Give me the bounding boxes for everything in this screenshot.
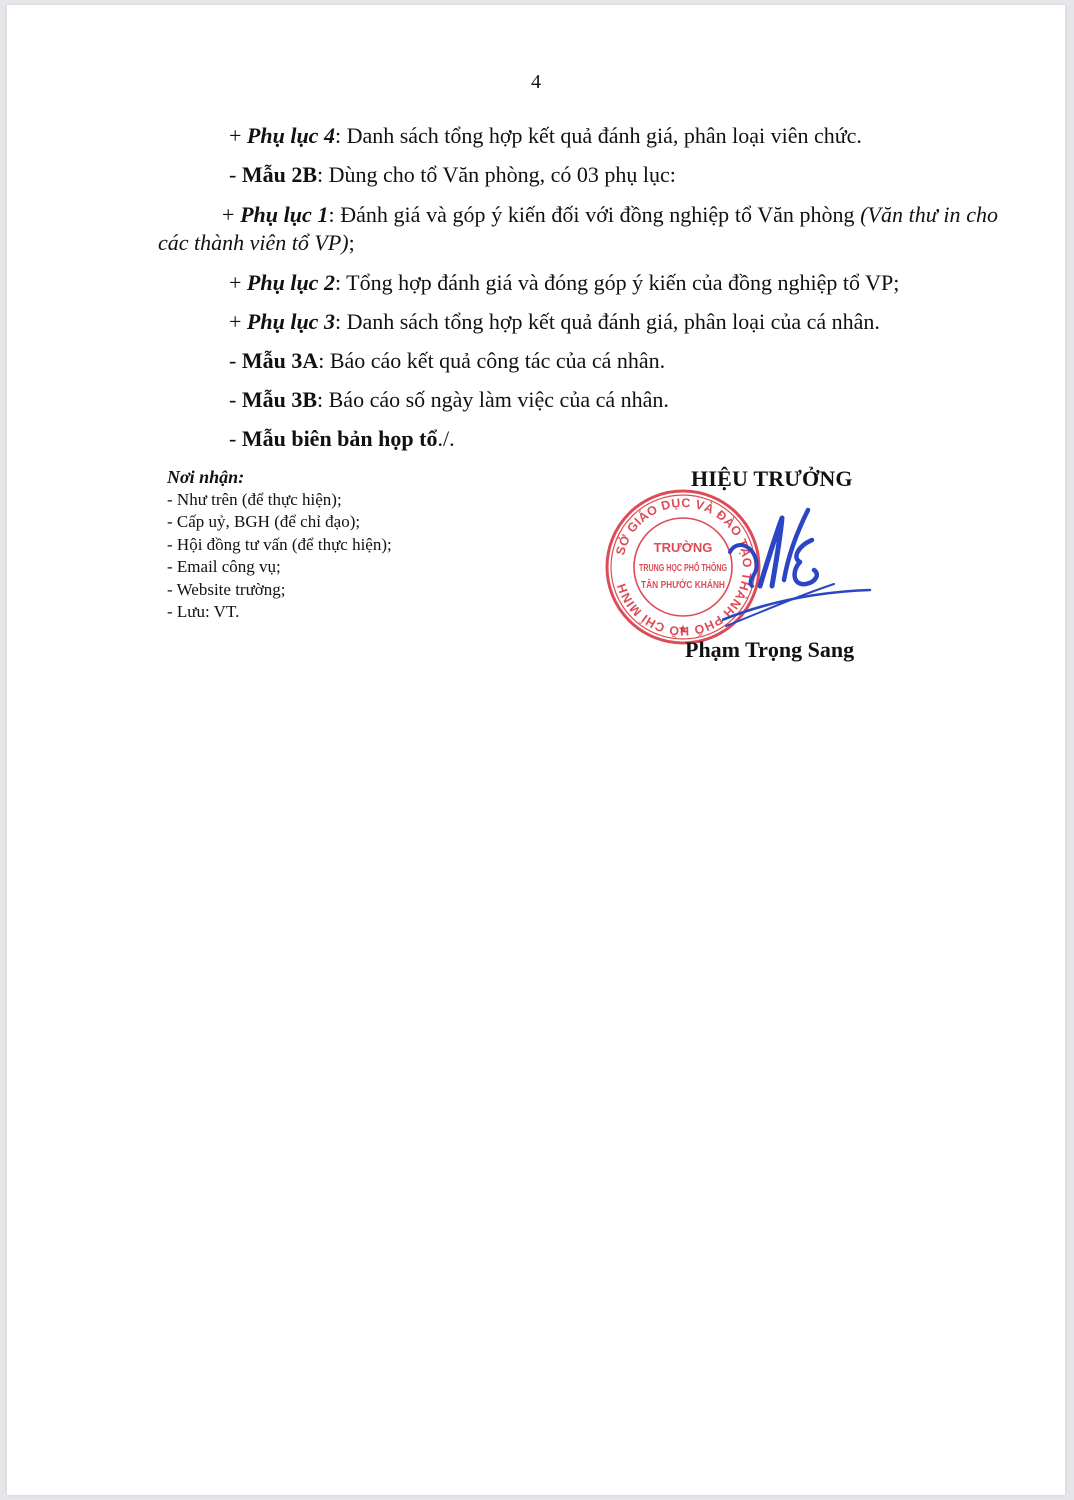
item-prefix: + [229,309,247,334]
item-text: : Báo cáo số ngày làm việc của cá nhân. [317,387,669,412]
item-text: : Báo cáo kết quả công tác của cá nhân. [318,348,665,373]
item-prefix: - [229,426,242,451]
list-item: + Phụ lục 4: Danh sách tổng hợp kết quả … [229,123,862,149]
recipient-item: - Website trường; [167,579,392,602]
item-label: Mẫu biên bản họp tổ [242,426,438,451]
recipient-item: - Lưu: VT. [167,601,392,624]
item-text: : Danh sách tổng hợp kết quả đánh giá, p… [335,309,880,334]
document-page: 4 + Phụ lục 4: Danh sách tổng hợp kết qu… [7,5,1065,1495]
item-text: : Tổng hợp đánh giá và đóng góp ý kiến c… [335,270,899,295]
recipients-block: Nơi nhận: - Như trên (để thực hiện); - C… [167,466,392,624]
recipient-item: - Hội đồng tư vấn (để thực hiện); [167,534,392,557]
list-item: + Phụ lục 3: Danh sách tổng hợp kết quả … [229,309,880,335]
item-text: : Dùng cho tổ Văn phòng, có 03 phụ lục: [317,162,676,187]
item-text: : Đánh giá và góp ý kiến đối với đồng ng… [328,202,860,227]
item-text: ./. [437,426,454,451]
list-item: - Mẫu 3A: Báo cáo kết quả công tác của c… [229,348,665,374]
item-label: Phụ lục 4 [247,123,335,148]
list-item: + Phụ lục 1: Đánh giá và góp ý kiến đối … [158,201,998,257]
item-text: : Danh sách tổng hợp kết quả đánh giá, p… [335,123,862,148]
item-label: Mẫu 3B [242,387,317,412]
signer-name: Phạm Trọng Sang [685,637,854,663]
list-item: - Mẫu 3B: Báo cáo số ngày làm việc của c… [229,387,669,413]
recipient-item: - Email công vụ; [167,556,392,579]
item-prefix: + [229,270,247,295]
item-label: Phụ lục 3 [247,309,335,334]
list-item: - Mẫu biên bản họp tổ./. [229,426,455,452]
stamp-star: ★ [678,622,689,636]
recipients-title: Nơi nhận: [167,466,392,489]
item-suffix: ; [349,230,355,255]
stamp-center-line: TÂN PHƯỚC KHÁNH [641,578,725,591]
list-item: - Mẫu 2B: Dùng cho tổ Văn phòng, có 03 p… [229,162,676,188]
item-prefix: + [229,123,247,148]
item-prefix: + [222,202,240,227]
recipient-item: - Như trên (để thực hiện); [167,489,392,512]
page-number: 4 [7,71,1065,94]
item-label: Phụ lục 1 [240,202,328,227]
recipient-item: - Cấp uỷ, BGH (để chỉ đạo); [167,511,392,534]
stamp-center-line: TRUNG HỌC PHỔ THÔNG [639,561,727,574]
item-label: Phụ lục 2 [247,270,335,295]
item-prefix: - [229,162,242,187]
list-item: + Phụ lục 2: Tổng hợp đánh giá và đóng g… [229,270,899,296]
item-prefix: - [229,387,242,412]
signature-icon [722,500,882,630]
stamp-center-line: TRƯỜNG [654,540,713,555]
item-prefix: - [229,348,242,373]
item-label: Mẫu 2B [242,162,317,187]
item-label: Mẫu 3A [242,348,318,373]
